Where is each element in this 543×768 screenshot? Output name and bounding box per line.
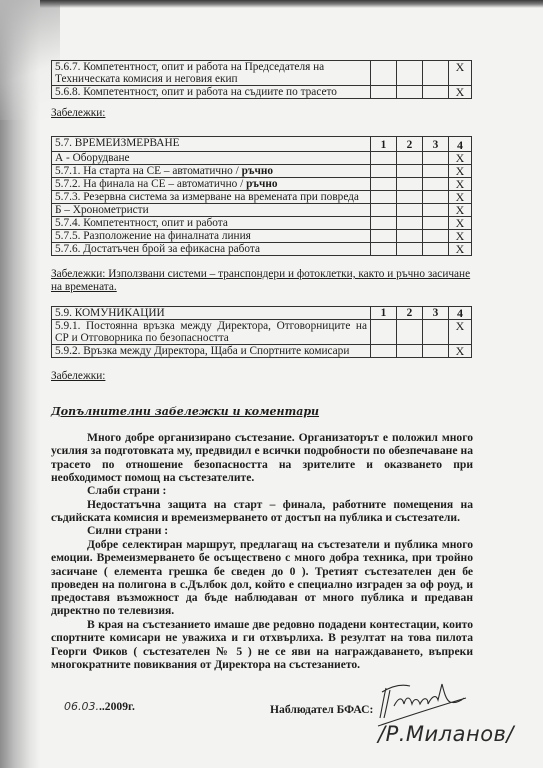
additional-comments-title: Допълнителни забележки и коментари [51, 405, 319, 418]
strong-points-label: Силни страни : [87, 524, 168, 537]
table-header-row: 5.9. КОМУНИКАЦИИ 1 2 3 4 [52, 307, 472, 320]
paragraph-contestations: В края на състезанието имаше две редовно… [51, 618, 473, 671]
table-row: 5.7.2. На финала на СЕ – автоматично / р… [52, 178, 472, 191]
weak-points-label: Слаби страни : [87, 484, 166, 497]
handwritten-name: /Р.Миланов/ [378, 722, 514, 746]
paragraph-overview: Много добре организирано състезание. Орг… [51, 431, 473, 484]
table-row: 5.7.6. Достатъчен брой за ефикасна работ… [52, 243, 472, 256]
table-section-5-9: 5.9. КОМУНИКАЦИИ 1 2 3 4 5.9.1. Постоянн… [51, 306, 472, 358]
notes-text: Забележки: Използвани системи – транспон… [51, 268, 481, 294]
scan-edge-top [40, 0, 543, 8]
paragraph-strong-points: Добре селектиран маршрут, предлагащ на с… [51, 538, 473, 618]
table-row: 5.9.2. Връзка между Директора, Щаба и Сп… [52, 345, 472, 358]
table-row: 5.6.8. Компетентност, опит и работа на с… [52, 86, 472, 99]
mark-cell: X [449, 61, 472, 86]
table-row: 5.7.1. На старта на СЕ – автоматично / р… [52, 165, 472, 178]
table-row: 5.7.4. Компетентност, опит и работа X [52, 217, 472, 230]
section-title: 5.9. КОМУНИКАЦИИ [52, 307, 371, 320]
observer-label: Наблюдател БФАС: [270, 703, 373, 716]
mark-cell: X [449, 86, 472, 99]
table-row: 5.6.7. Компетентност, опит и работа на П… [52, 61, 472, 86]
row-label: 5.6.7. Компетентност, опит и работа на П… [52, 61, 371, 86]
document-date: 06.03...2009г. [64, 700, 135, 713]
notes-label: Забележки: [51, 370, 481, 383]
notes-label: Забележки: [51, 107, 481, 120]
section-title: 5.7. ВРЕМЕИЗМЕРВАНЕ [52, 137, 371, 152]
table-row: 5.9.1. Постоянна връзка между Директора,… [52, 320, 472, 345]
table-section-5-6: 5.6.7. Компетентност, опит и работа на П… [51, 60, 472, 99]
paragraph-weak-points: Недостатъчна защита на старт – финала, р… [51, 498, 473, 525]
table-row: 5.7.3. Резервна система за измерване на … [52, 191, 472, 204]
table-section-5-7: 5.7. ВРЕМЕИЗМЕРВАНЕ 1 2 3 4 А - Оборудва… [51, 136, 472, 256]
table-row: Б – Хронометристи X [52, 204, 472, 217]
table-row: А - Оборудване X [52, 152, 472, 165]
table-row: 5.7.5. Разположение на финалната линия X [52, 230, 472, 243]
row-label: 5.6.8. Компетентност, опит и работа на с… [52, 86, 371, 99]
table-header-row: 5.7. ВРЕМЕИЗМЕРВАНЕ 1 2 3 4 [52, 137, 472, 152]
